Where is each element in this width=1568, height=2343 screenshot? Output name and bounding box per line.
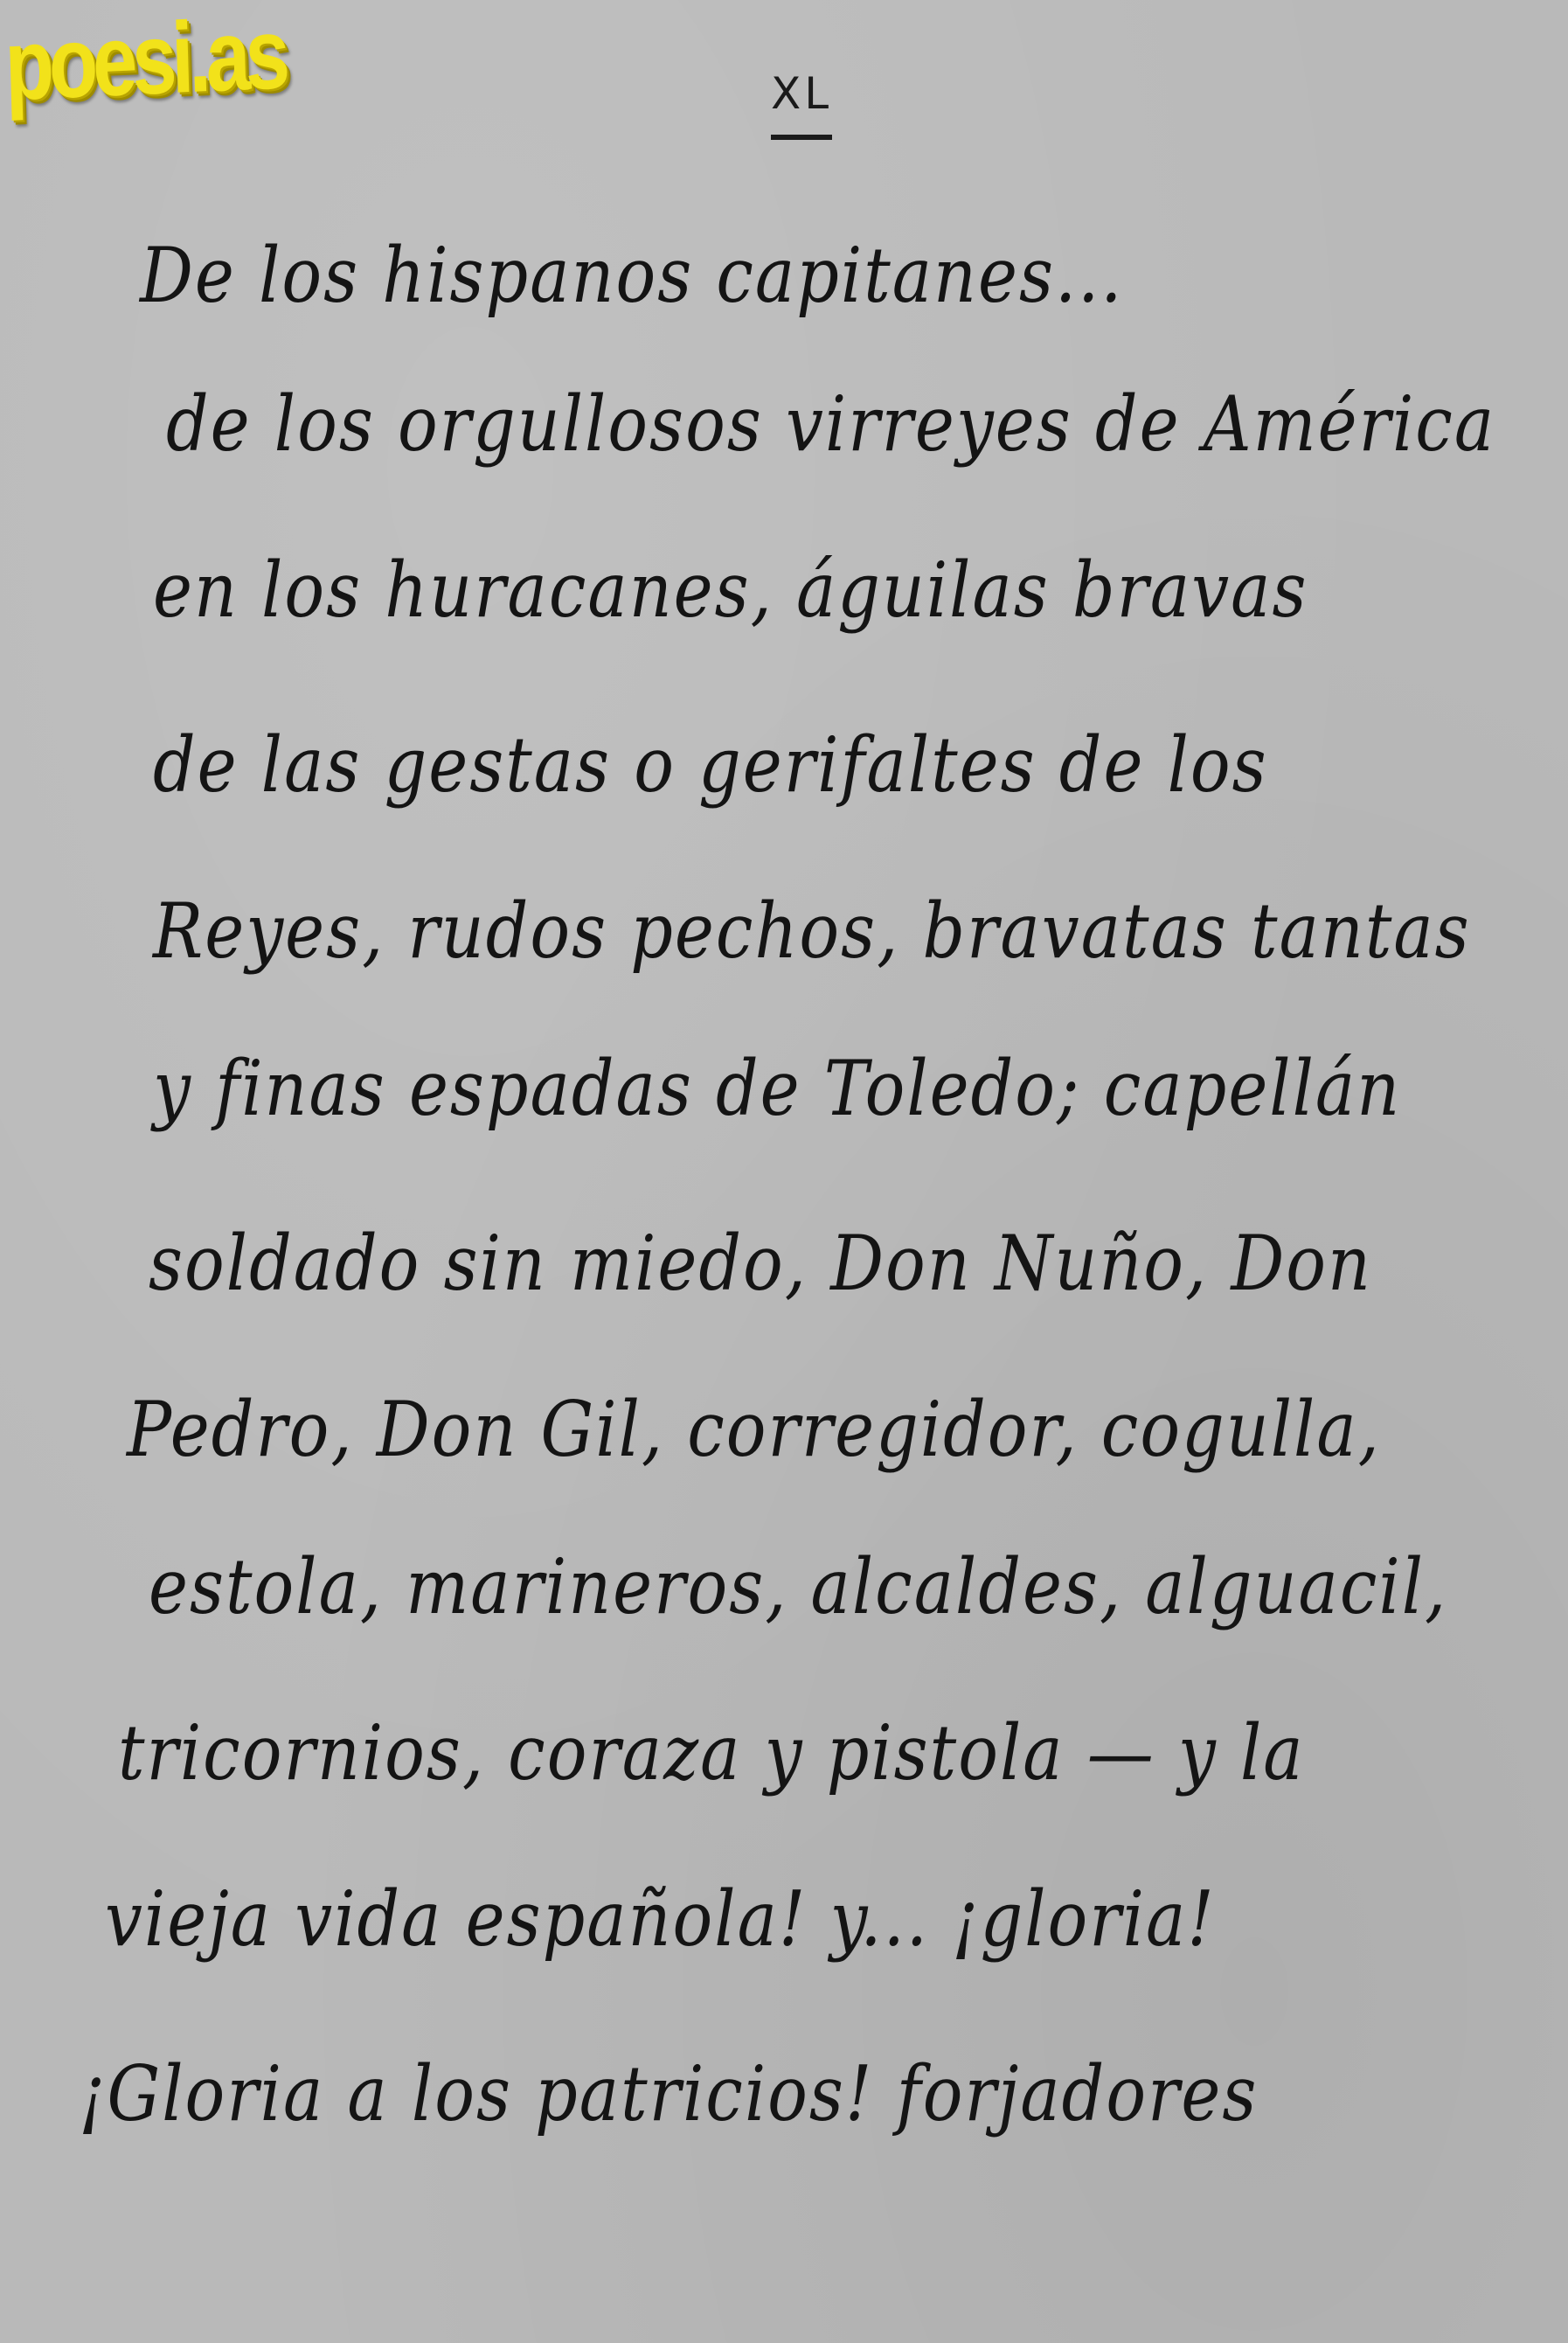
section-numeral-text: XL bbox=[771, 68, 832, 140]
verse-line: Reyes, rudos pechos, bravatas tantas bbox=[153, 886, 1471, 975]
verse-line: y finas espadas de Toledo; capellán bbox=[153, 1043, 1401, 1132]
verse-line: tricornios, coraza y pistola — y la bbox=[118, 1707, 1305, 1797]
section-numeral: XL bbox=[0, 68, 1568, 140]
verse-line: en los huracanes, águilas bravas bbox=[153, 545, 1308, 634]
verse-line: de los orgullosos virreyes de América bbox=[166, 379, 1495, 468]
manuscript-page: poesi.as XL De los hispanos capitanes...… bbox=[0, 0, 1568, 2343]
verse-line: de las gestas o gerifaltes de los bbox=[153, 720, 1268, 809]
verse-line: ¡Gloria a los patricios! forjadores bbox=[79, 2048, 1258, 2138]
verse-line: De los hispanos capitanes... bbox=[140, 230, 1123, 319]
verse-line: estola, marineros, alcaldes, alguacil, bbox=[149, 1541, 1447, 1630]
verse-line: soldado sin miedo, Don Nuño, Don bbox=[149, 1218, 1372, 1307]
verse-line: vieja vida española! y... ¡gloria! bbox=[105, 1874, 1216, 1963]
verse-line: Pedro, Don Gil, corregidor, cogulla, bbox=[127, 1384, 1381, 1473]
